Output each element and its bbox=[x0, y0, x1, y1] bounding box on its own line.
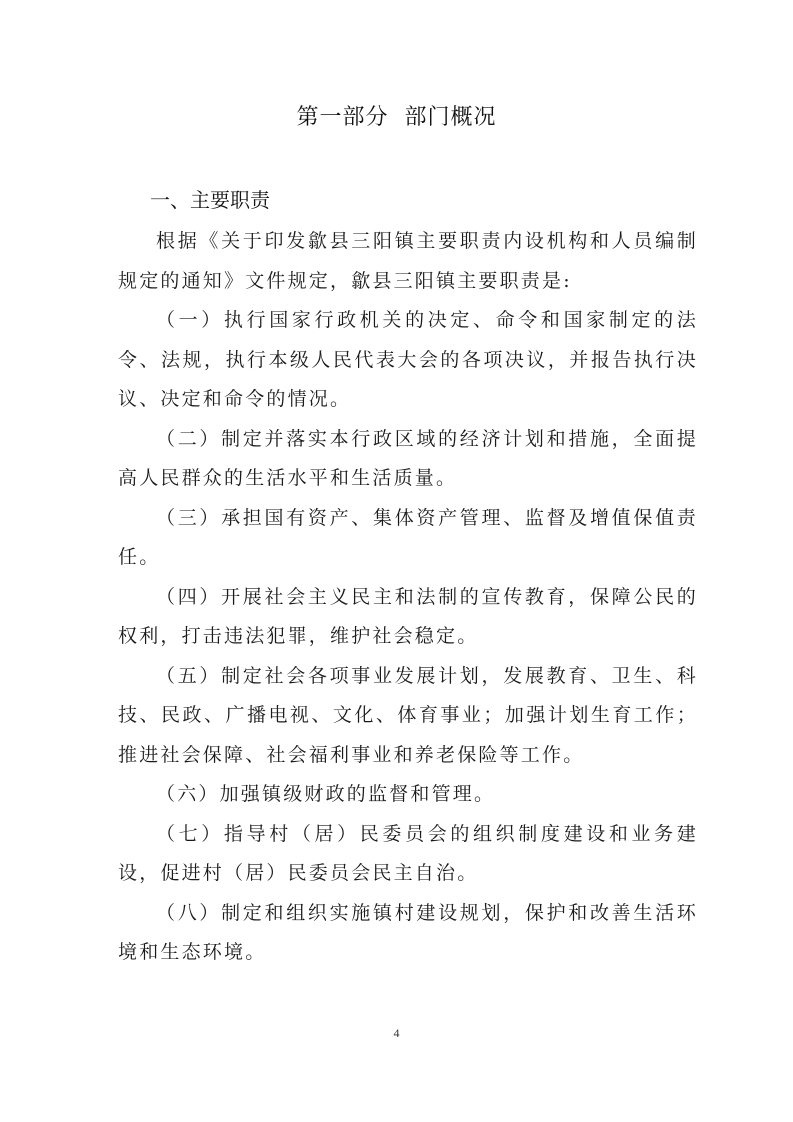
page-title: 第一部分部门概况 bbox=[0, 100, 793, 131]
body-text: 根据《关于印发歙县三阳镇主要职责内设机构和人员编制规定的通知》文件规定，歙县三阳… bbox=[118, 222, 698, 973]
duty-paragraph-6: （六）加强镇级财政的监督和管理。 bbox=[118, 775, 698, 815]
duty-paragraph-4: （四）开展社会主义民主和法制的宣传教育，保障公民的权利，打击违法犯罪，维护社会稳… bbox=[118, 578, 698, 657]
duty-paragraph-1: （一）执行国家行政机关的决定、命令和国家制定的法令、法规，执行本级人民代表大会的… bbox=[118, 301, 698, 420]
duty-paragraph-7: （七）指导村（居）民委员会的组织制度建设和业务建设，促进村（居）民委员会民主自治… bbox=[118, 815, 698, 894]
duty-paragraph-8: （八）制定和组织实施镇村建设规划，保护和改善生活环境和生态环境。 bbox=[118, 894, 698, 973]
intro-paragraph: 根据《关于印发歙县三阳镇主要职责内设机构和人员编制规定的通知》文件规定，歙县三阳… bbox=[118, 222, 698, 301]
title-part-2: 部门概况 bbox=[405, 105, 497, 130]
duty-paragraph-3: （三）承担国有资产、集体资产管理、监督及增值保值责任。 bbox=[118, 499, 698, 578]
document-page: 第一部分部门概况 一、主要职责 根据《关于印发歙县三阳镇主要职责内设机构和人员编… bbox=[0, 0, 793, 1122]
duty-paragraph-5: （五）制定社会各项事业发展计划，发展教育、卫生、科技、民政、广播电视、文化、体育… bbox=[118, 657, 698, 776]
page-number: 4 bbox=[0, 1026, 793, 1041]
duty-paragraph-2: （二）制定并落实本行政区域的经济计划和措施，全面提高人民群众的生活水平和生活质量… bbox=[118, 420, 698, 499]
title-part-1: 第一部分 bbox=[296, 105, 388, 130]
section-heading: 一、主要职责 bbox=[150, 184, 270, 213]
